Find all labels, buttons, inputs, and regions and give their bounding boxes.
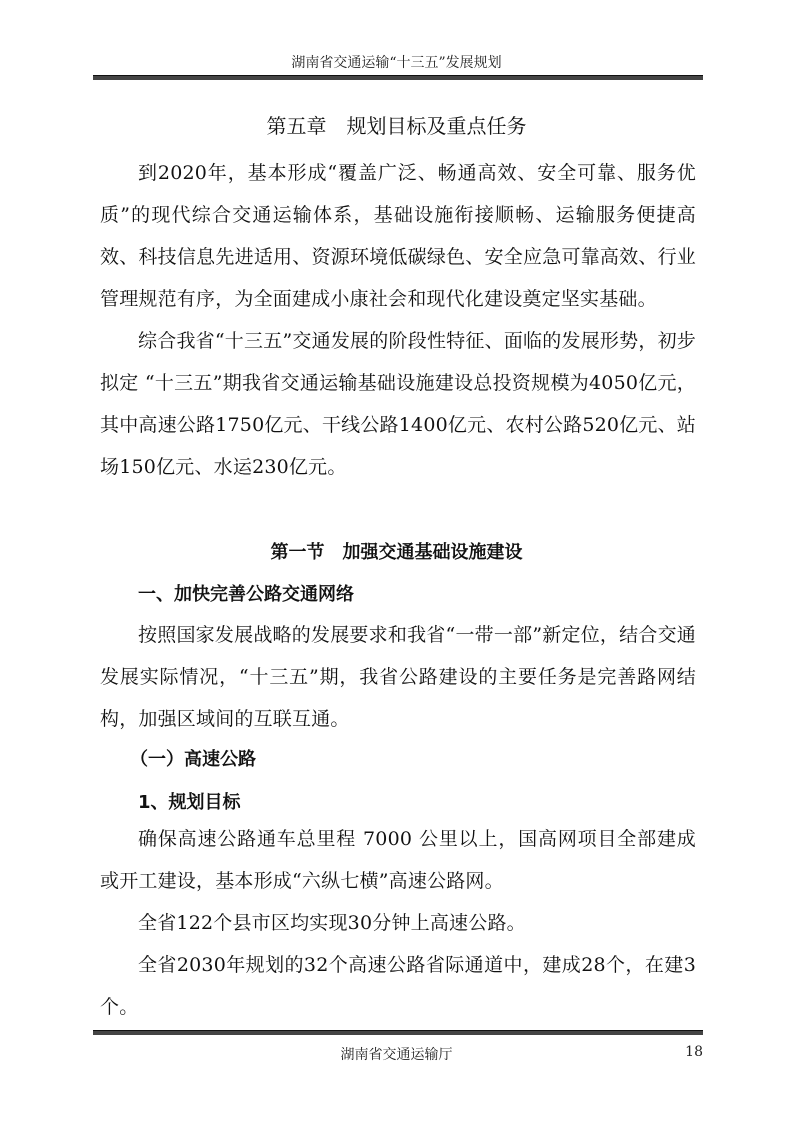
paragraph-county-access: 全省122个县市区均实现30分钟上高速公路。	[100, 902, 696, 944]
page-number: 18	[685, 1044, 703, 1060]
heading-highway-network: 一、加快完善公路交通网络	[138, 580, 354, 606]
paragraph-mileage: 确保高速公路通车总里程 7000 公里以上，国高网项目全部建成或开工建设，基本形…	[100, 818, 696, 902]
footer-organization: 湖南省交通运输厅	[0, 1044, 793, 1064]
footer-rule	[93, 1030, 703, 1035]
paragraph-highway-tasks: 按照国家发展战略的发展要求和我省“一带一部”新定位，结合交通发展实际情况，“十三…	[100, 614, 696, 740]
header-title: 湖南省交通运输“十三五”发展规划	[0, 52, 793, 72]
paragraph-investment: 综合我省“十三五”交通发展的阶段性特征、面临的发展形势，初步拟定 “十三五”期我…	[100, 320, 696, 488]
heading-expressway: （一）高速公路	[130, 745, 256, 771]
header-rule	[93, 75, 703, 80]
heading-planning-target: 1、规划目标	[138, 788, 241, 814]
paragraph-goal: 到2020年，基本形成“覆盖广泛、畅通高效、安全可靠、服务优质”的现代综合交通运…	[100, 152, 696, 320]
section-title: 第一节 加强交通基础设施建设	[0, 538, 793, 564]
paragraph-corridors: 全省2030年规划的32个高速公路省际通道中，建成28个，在建3个。	[100, 944, 696, 1028]
chapter-title: 第五章 规划目标及重点任务	[0, 110, 793, 139]
